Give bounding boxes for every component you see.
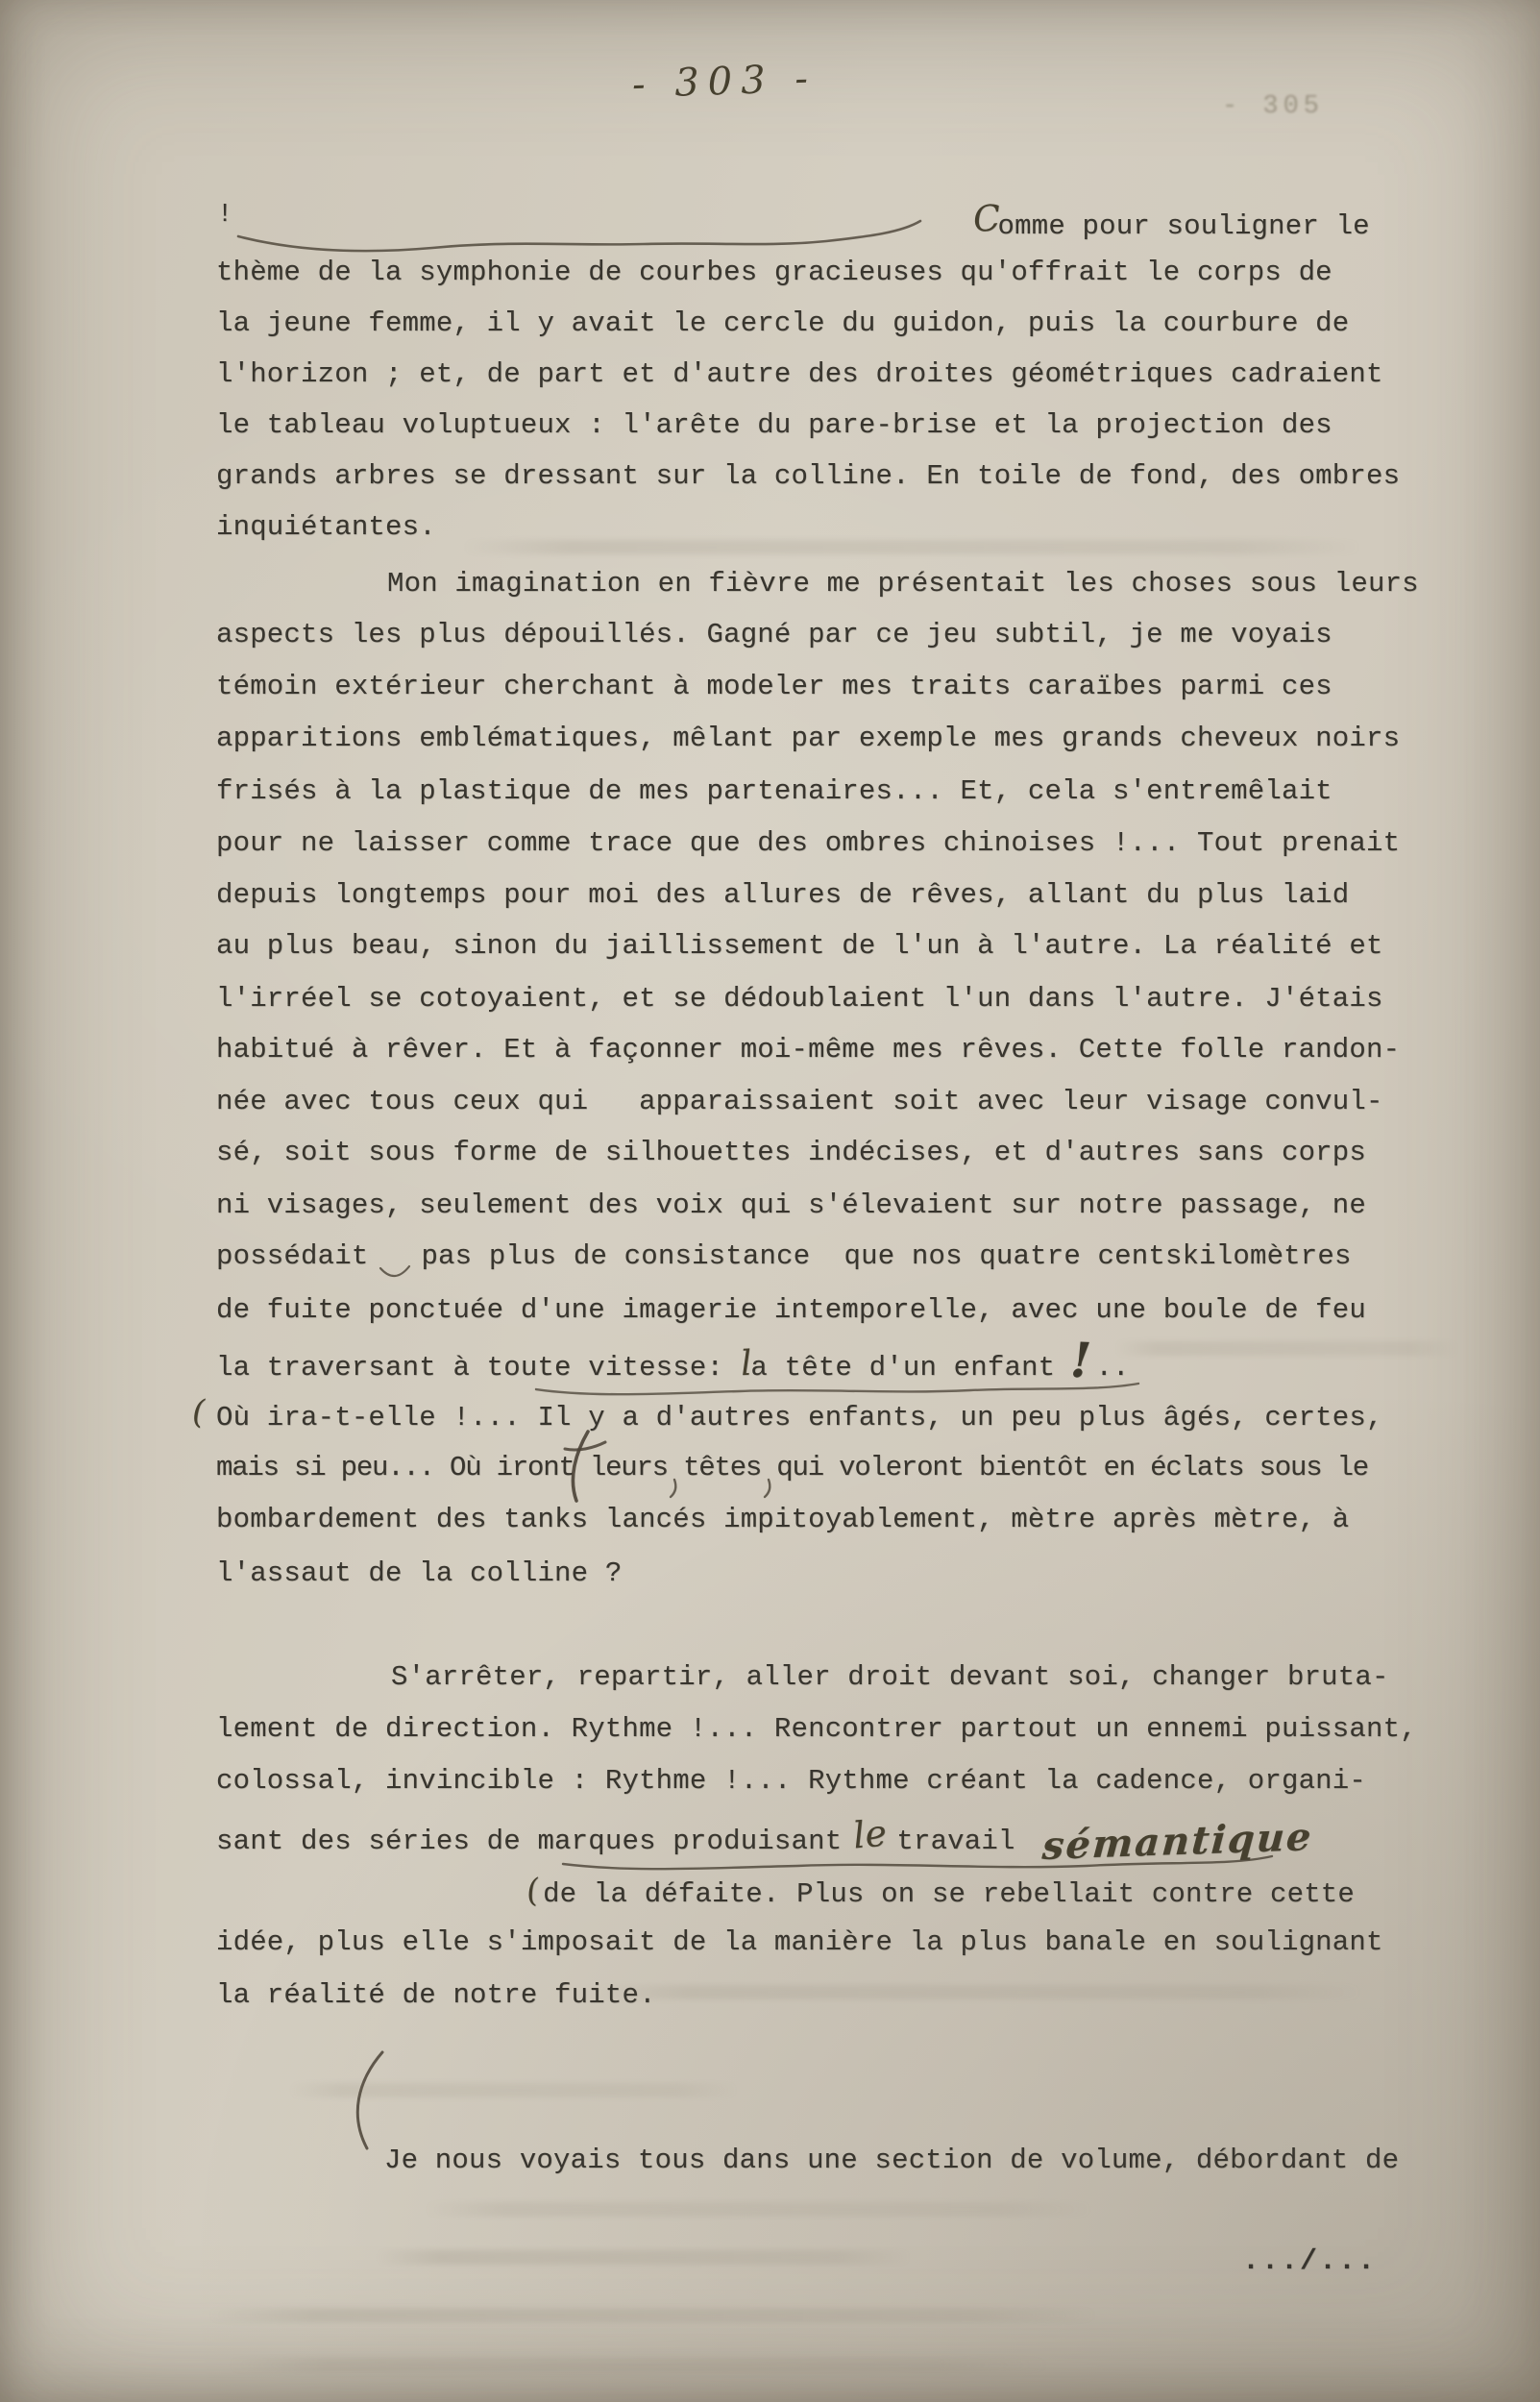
typed-line: Comme pour souligner le: [973, 205, 1370, 244]
bleed-through-smudge: [226, 2358, 1052, 2372]
typed-line: grands arbres se dressant sur la colline…: [216, 459, 1400, 494]
typed-line: apparitions emblématiques, mêlant par ex…: [216, 722, 1400, 756]
typed-line: colossal, invincible : Rythme !... Rythm…: [216, 1764, 1366, 1799]
page-number-handwritten: - 303 -: [631, 57, 817, 108]
typed-line: pour ne laisser comme trace que des ombr…: [216, 826, 1400, 861]
typed-line: Mon imagination en fièvre me présentait …: [387, 567, 1419, 601]
typed-line: habitué à rêver. Et à façonner moi-même …: [216, 1033, 1400, 1067]
typed-line-text: travail: [896, 1826, 1014, 1857]
page-number-ghost: - 305: [1222, 92, 1324, 121]
handwritten-inserted-semantique: sémantique: [1040, 1820, 1313, 1864]
typed-line: (de la défaite. Plus on se rebellait con…: [526, 1874, 1355, 1912]
typed-line: idée, plus elle s'imposait de la manière…: [216, 1925, 1383, 1960]
typed-line: thème de la symphonie de courbes gracieu…: [216, 256, 1332, 290]
bleed-through-smudge: [461, 540, 1364, 554]
handwritten-open-paren: (: [525, 1873, 541, 1908]
scanned-typescript-page: - 303 - - 305 ! Comme pour souligner le …: [0, 0, 1540, 2402]
typed-line: ni visages, seulement des voix qui s'éle…: [216, 1189, 1366, 1223]
bleed-through-smudge: [423, 2202, 1095, 2217]
typed-line: inquiétantes.: [216, 510, 436, 545]
typed-line: possédaitpas plus de consistance que nos…: [216, 1239, 1352, 1274]
bleed-through-smudge: [1114, 1341, 1460, 1356]
typed-line: la réalité de notre fuite.: [216, 1978, 656, 2013]
filler-line-stroke: [238, 221, 920, 251]
typed-line: l'horizon ; et, de part et d'autre des d…: [216, 357, 1383, 392]
large-paren-stroke: [357, 2052, 382, 2148]
bleed-through-smudge: [375, 2250, 913, 2265]
typed-line: la traversant à toute vitesse: la tête d…: [216, 1341, 1130, 1385]
margin-exclamation-annotation: !: [217, 198, 232, 233]
typed-line: bombardement des tanks lancés impitoyabl…: [216, 1503, 1349, 1537]
typed-line: Où ira-t-elle !... Il y a d'autres enfan…: [216, 1401, 1383, 1435]
typed-line: S'arrêter, repartir, aller droit devant …: [391, 1660, 1389, 1695]
typed-line: sant des séries de marques produisantlet…: [216, 1819, 1312, 1859]
typed-line: l'assaut de la colline ?: [216, 1556, 622, 1591]
typed-line-text: a tête d'un enfant: [750, 1352, 1055, 1384]
typed-line: frisés à la plastique de mes partenaires…: [216, 774, 1332, 809]
correction-crossbar-stroke: [565, 1442, 605, 1450]
typed-line: au plus beau, sinon du jaillissement de …: [216, 929, 1383, 964]
typed-line-text: la traversant à toute vitesse:: [216, 1352, 741, 1384]
typed-line: témoin extérieur cherchant à modeler mes…: [216, 670, 1332, 704]
typed-line-text: pas plus de consistance que nos quatre c…: [421, 1240, 1351, 1272]
typed-line: la jeune femme, il y avait le cercle du …: [216, 306, 1349, 341]
typed-line-text: possédait: [216, 1240, 368, 1272]
handwritten-capital-c: C: [972, 201, 1002, 237]
typed-line: le tableau voluptueux : l'arête du pare-…: [216, 408, 1332, 443]
typed-line: sé, soit sous forme de silhouettes indéc…: [216, 1136, 1366, 1170]
typed-line-with-corrections: mais si peu... Où iront leurs têtes qui …: [216, 1451, 1368, 1485]
handwritten-exclamation: !: [1070, 1343, 1092, 1379]
typed-line: depuis longtemps pour moi des allures de…: [216, 878, 1349, 913]
handwritten-script-l: l: [740, 1347, 753, 1383]
handwritten-inserted-le: le: [852, 1816, 889, 1853]
handwritten-open-paren: (: [192, 1395, 205, 1430]
bleed-through-smudge: [596, 1985, 1364, 1999]
continuation-mark: .../...: [1242, 2244, 1377, 2279]
typed-line: lement de direction. Rythme !... Rencont…: [216, 1712, 1417, 1747]
typed-line: Je nous voyais tous dans une section de …: [384, 2144, 1399, 2178]
typed-line-text: de la défaite. Plus on se rebellait cont…: [543, 1878, 1355, 1910]
typed-line: l'irréel se cotoyaient, et se dédoublaie…: [216, 982, 1383, 1017]
bleed-through-smudge: [288, 2083, 740, 2097]
typed-line-text: ..: [1095, 1352, 1129, 1384]
typed-line: de fuite ponctuée d'une imagerie intempo…: [216, 1293, 1366, 1328]
typed-line: née avec tous ceux qui apparaissaient so…: [216, 1085, 1383, 1119]
typed-line: aspects les plus dépouillés. Gagné par c…: [216, 618, 1332, 652]
bleed-through-smudge: [207, 2308, 1100, 2322]
typed-line-text: sant des séries de marques produisant: [216, 1826, 842, 1857]
typed-line-text: omme pour souligner le: [998, 210, 1370, 242]
